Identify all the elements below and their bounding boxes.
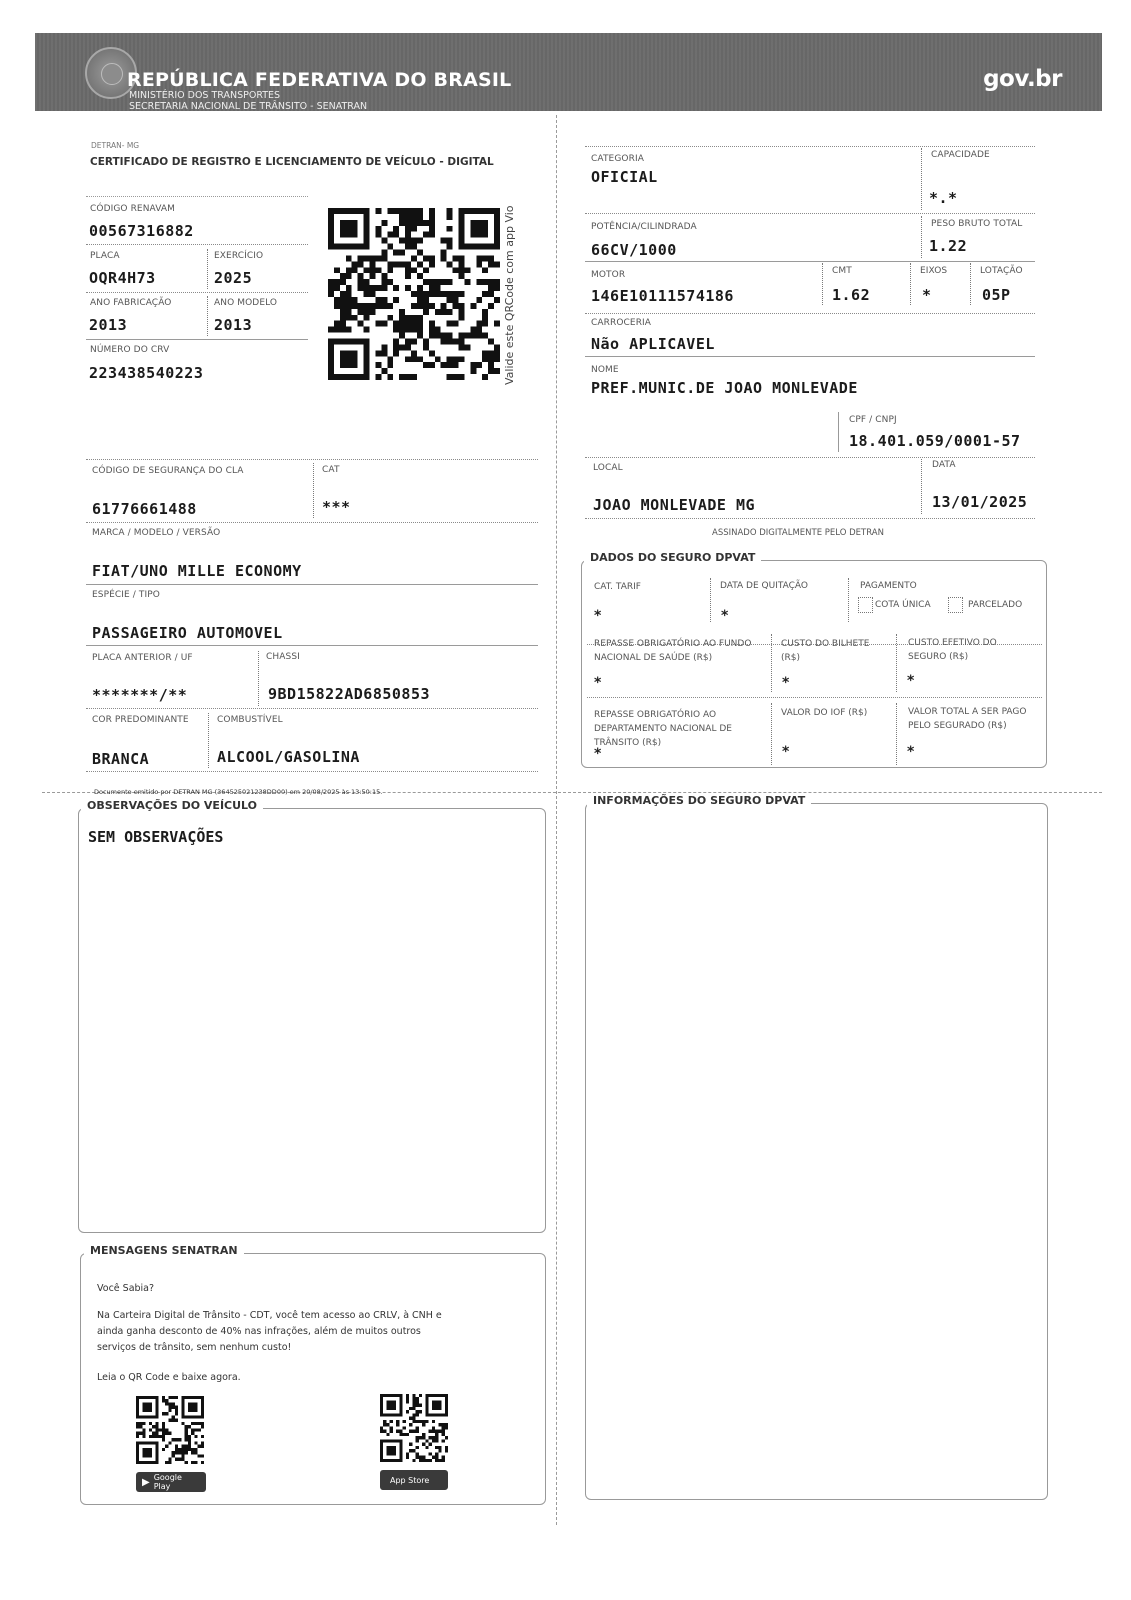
header-ministry: MINISTÉRIO DOS TRANSPORTES	[129, 90, 280, 101]
validation-qr-code[interactable]	[328, 206, 500, 382]
govbr-logo: gov.br	[983, 66, 1062, 92]
divider	[86, 771, 538, 772]
center-cut-line	[556, 115, 557, 1525]
divider	[86, 708, 538, 709]
mensagens-line-2: ainda ganha desconto de 40% nas infraçõe…	[97, 1324, 421, 1340]
qr-caption: Valide este QRCode com app Vio	[503, 205, 516, 385]
placa-anterior-value: *******/**	[92, 686, 187, 704]
divider	[970, 263, 971, 305]
divider	[258, 651, 259, 706]
divider	[86, 244, 308, 245]
data-label: DATA	[932, 460, 956, 470]
carroceria-value: Não APLICAVEL	[591, 335, 715, 353]
divider	[585, 146, 1035, 147]
exercicio-value: 2025	[214, 269, 252, 287]
cat-tarif-value: *	[594, 608, 601, 624]
combustivel-value: ALCOOL/GASOLINA	[217, 748, 360, 766]
valor-iof-value: *	[782, 744, 789, 760]
cota-unica-label: COTA ÚNICA	[875, 598, 931, 612]
google-play-qr-code[interactable]	[136, 1396, 204, 1464]
ano-modelo-value: 2013	[214, 316, 252, 334]
custo-efetivo-label: CUSTO EFETIVO DO SEGURO (R$)	[908, 636, 1018, 664]
cor-label: COR PREDOMINANTE	[92, 715, 189, 725]
eixos-label: EIXOS	[920, 266, 947, 276]
divider	[848, 578, 849, 622]
divider	[896, 634, 897, 692]
divider	[86, 196, 308, 197]
renavam-label: CÓDIGO RENAVAM	[90, 204, 175, 214]
mensagens-line-1: Na Carteira Digital de Trânsito - CDT, v…	[97, 1308, 442, 1324]
ano-modelo-label: ANO MODELO	[214, 298, 277, 308]
placa-value: OQR4H73	[89, 269, 156, 287]
combustivel-label: COMBUSTÍVEL	[217, 715, 283, 725]
nome-value: PREF.MUNIC.DE JOAO MONLEVADE	[591, 379, 858, 397]
divider	[585, 213, 1035, 214]
lotacao-value: 05P	[982, 286, 1011, 304]
parcelado-checkbox[interactable]	[948, 597, 963, 613]
peso-bruto-value: 1.22	[929, 237, 967, 255]
parcelado-label: PARCELADO	[968, 598, 1022, 612]
valor-total-label: VALOR TOTAL A SER PAGO PELO SEGURADO (R$…	[908, 705, 1043, 733]
data-quitacao-label: DATA DE QUITAÇÃO	[720, 579, 808, 593]
crv-value: 223438540223	[89, 364, 203, 382]
custo-bilhete-label: CUSTO DO BILHETE (R$)	[781, 637, 871, 665]
divider	[587, 697, 1042, 698]
repasse-fns-label: REPASSE OBRIGATÓRIO AO FUNDO NACIONAL DE…	[594, 637, 764, 665]
codigo-seguranca-label: CÓDIGO DE SEGURANÇA DO CLA	[92, 466, 244, 476]
divider	[207, 249, 208, 289]
divider	[86, 522, 538, 523]
potencia-label: POTÊNCIA/CILINDRADA	[591, 222, 697, 232]
ano-fabricacao-label: ANO FABRICAÇÃO	[90, 298, 171, 308]
mensagens-line-3: serviços de trânsito, sem nenhum custo!	[97, 1340, 291, 1356]
divider	[921, 216, 922, 258]
app-store-label: App Store	[390, 1476, 429, 1485]
divider	[896, 703, 897, 765]
codigo-seguranca-value: 61776661488	[92, 500, 197, 518]
cor-value: BRANCA	[92, 750, 149, 768]
divider	[585, 356, 1035, 357]
divider	[910, 263, 911, 305]
exercicio-label: EXERCÍCIO	[214, 251, 263, 261]
renavam-value: 00567316882	[89, 222, 194, 240]
divider	[86, 459, 538, 460]
marca-modelo-value: FIAT/UNO MILLE ECONOMY	[92, 562, 302, 580]
app-store-button[interactable]: App Store	[380, 1470, 448, 1490]
divider	[207, 296, 208, 336]
especie-tipo-label: ESPÉCIE / TIPO	[92, 590, 160, 600]
info-dpvat-title: INFORMAÇÕES DO SEGURO DPVAT	[587, 794, 811, 807]
mensagens-title: MENSAGENS SENATRAN	[84, 1244, 244, 1257]
divider	[585, 518, 1035, 519]
custo-bilhete-value: *	[782, 675, 789, 691]
mensagens-heading: Você Sabia?	[97, 1281, 154, 1297]
placa-label: PLACA	[90, 251, 120, 261]
mensagens-cta: Leia o QR Code e baixe agora.	[97, 1370, 241, 1386]
divider	[86, 645, 538, 646]
divider	[838, 412, 839, 452]
cat-label: CAT	[322, 465, 340, 475]
crv-label: NÚMERO DO CRV	[90, 345, 169, 355]
pagamento-label: PAGAMENTO	[860, 579, 917, 593]
categoria-label: CATEGORIA	[591, 154, 644, 164]
divider	[771, 634, 772, 692]
chassi-label: CHASSI	[266, 652, 300, 662]
observacoes-box	[78, 808, 546, 1233]
capacidade-label: CAPACIDADE	[931, 150, 990, 160]
data-quitacao-value: *	[721, 608, 728, 624]
header-title: REPÚBLICA FEDERATIVA DO BRASIL	[127, 69, 511, 91]
cota-unica-checkbox[interactable]	[858, 597, 873, 613]
divider	[822, 263, 823, 305]
divider	[585, 313, 1035, 314]
motor-label: MOTOR	[591, 270, 625, 280]
repasse-fns-value: *	[594, 675, 601, 691]
potencia-value: 66CV/1000	[591, 241, 677, 259]
cmt-value: 1.62	[832, 286, 870, 304]
data-value: 13/01/2025	[932, 493, 1027, 511]
divider	[585, 457, 1035, 458]
capacidade-value: *.*	[929, 189, 958, 207]
divider	[710, 578, 711, 622]
valor-iof-label: VALOR DO IOF (R$)	[781, 706, 891, 720]
info-dpvat-box	[585, 803, 1048, 1500]
valor-total-value: *	[907, 744, 914, 760]
carroceria-label: CARROCERIA	[591, 318, 651, 328]
dpvat-title: DADOS DO SEGURO DPVAT	[584, 551, 761, 564]
observacoes-value: SEM OBSERVAÇÕES	[88, 828, 223, 846]
divider	[771, 703, 772, 765]
header-secretariat: SECRETARIA NACIONAL DE TRÂNSITO - SENATR…	[129, 101, 367, 112]
repasse-denatran-value: *	[594, 746, 601, 762]
placa-anterior-label: PLACA ANTERIOR / UF	[92, 653, 193, 663]
marca-modelo-label: MARCA / MODELO / VERSÃO	[92, 528, 220, 538]
cpf-cnpj-value: 18.401.059/0001-57	[849, 432, 1021, 450]
custo-efetivo-value: *	[907, 673, 914, 689]
cmt-label: CMT	[832, 266, 852, 276]
google-play-button[interactable]: ▶ Google Play	[136, 1472, 206, 1492]
divider	[585, 261, 1035, 262]
peso-bruto-label: PESO BRUTO TOTAL	[931, 219, 1022, 229]
cpf-cnpj-label: CPF / CNPJ	[849, 415, 897, 425]
chassi-value: 9BD15822AD6850853	[268, 685, 430, 703]
local-value: JOAO MONLEVADE MG	[593, 496, 755, 514]
categoria-value: OFICIAL	[591, 168, 658, 186]
divider	[313, 463, 314, 518]
lotacao-label: LOTAÇÃO	[980, 266, 1023, 276]
divider	[86, 339, 308, 340]
google-play-icon: ▶	[142, 1477, 150, 1488]
repasse-denatran-label: REPASSE OBRIGATÓRIO AO DEPARTAMENTO NACI…	[594, 708, 754, 750]
document-title: CERTIFICADO DE REGISTRO E LICENCIAMENTO …	[90, 156, 494, 168]
divider	[86, 292, 308, 293]
divider	[208, 713, 209, 768]
especie-tipo-value: PASSAGEIRO AUTOMOVEL	[92, 624, 283, 642]
cat-tarif-label: CAT. TARIF	[594, 580, 641, 594]
app-store-qr-code[interactable]	[380, 1394, 448, 1462]
divider	[921, 459, 922, 514]
local-label: LOCAL	[593, 463, 623, 473]
eixos-value: *	[922, 286, 932, 304]
ano-fabricacao-value: 2013	[89, 316, 127, 334]
issuer-label: DETRAN- MG	[91, 141, 139, 150]
emission-footnote: Documento emitido por DETRAN MG (3645250…	[94, 788, 382, 796]
nome-label: NOME	[591, 365, 619, 375]
motor-value: 146E10111574186	[591, 287, 734, 305]
google-play-label: Google Play	[154, 1473, 200, 1491]
cat-value: ***	[322, 498, 351, 516]
header-banner: REPÚBLICA FEDERATIVA DO BRASIL MINISTÉRI…	[35, 33, 1102, 111]
divider	[86, 584, 538, 585]
divider	[921, 148, 922, 210]
observacoes-title: OBSERVAÇÕES DO VEÍCULO	[81, 799, 263, 812]
digital-signature-note: ASSINADO DIGITALMENTE PELO DETRAN	[712, 528, 884, 538]
